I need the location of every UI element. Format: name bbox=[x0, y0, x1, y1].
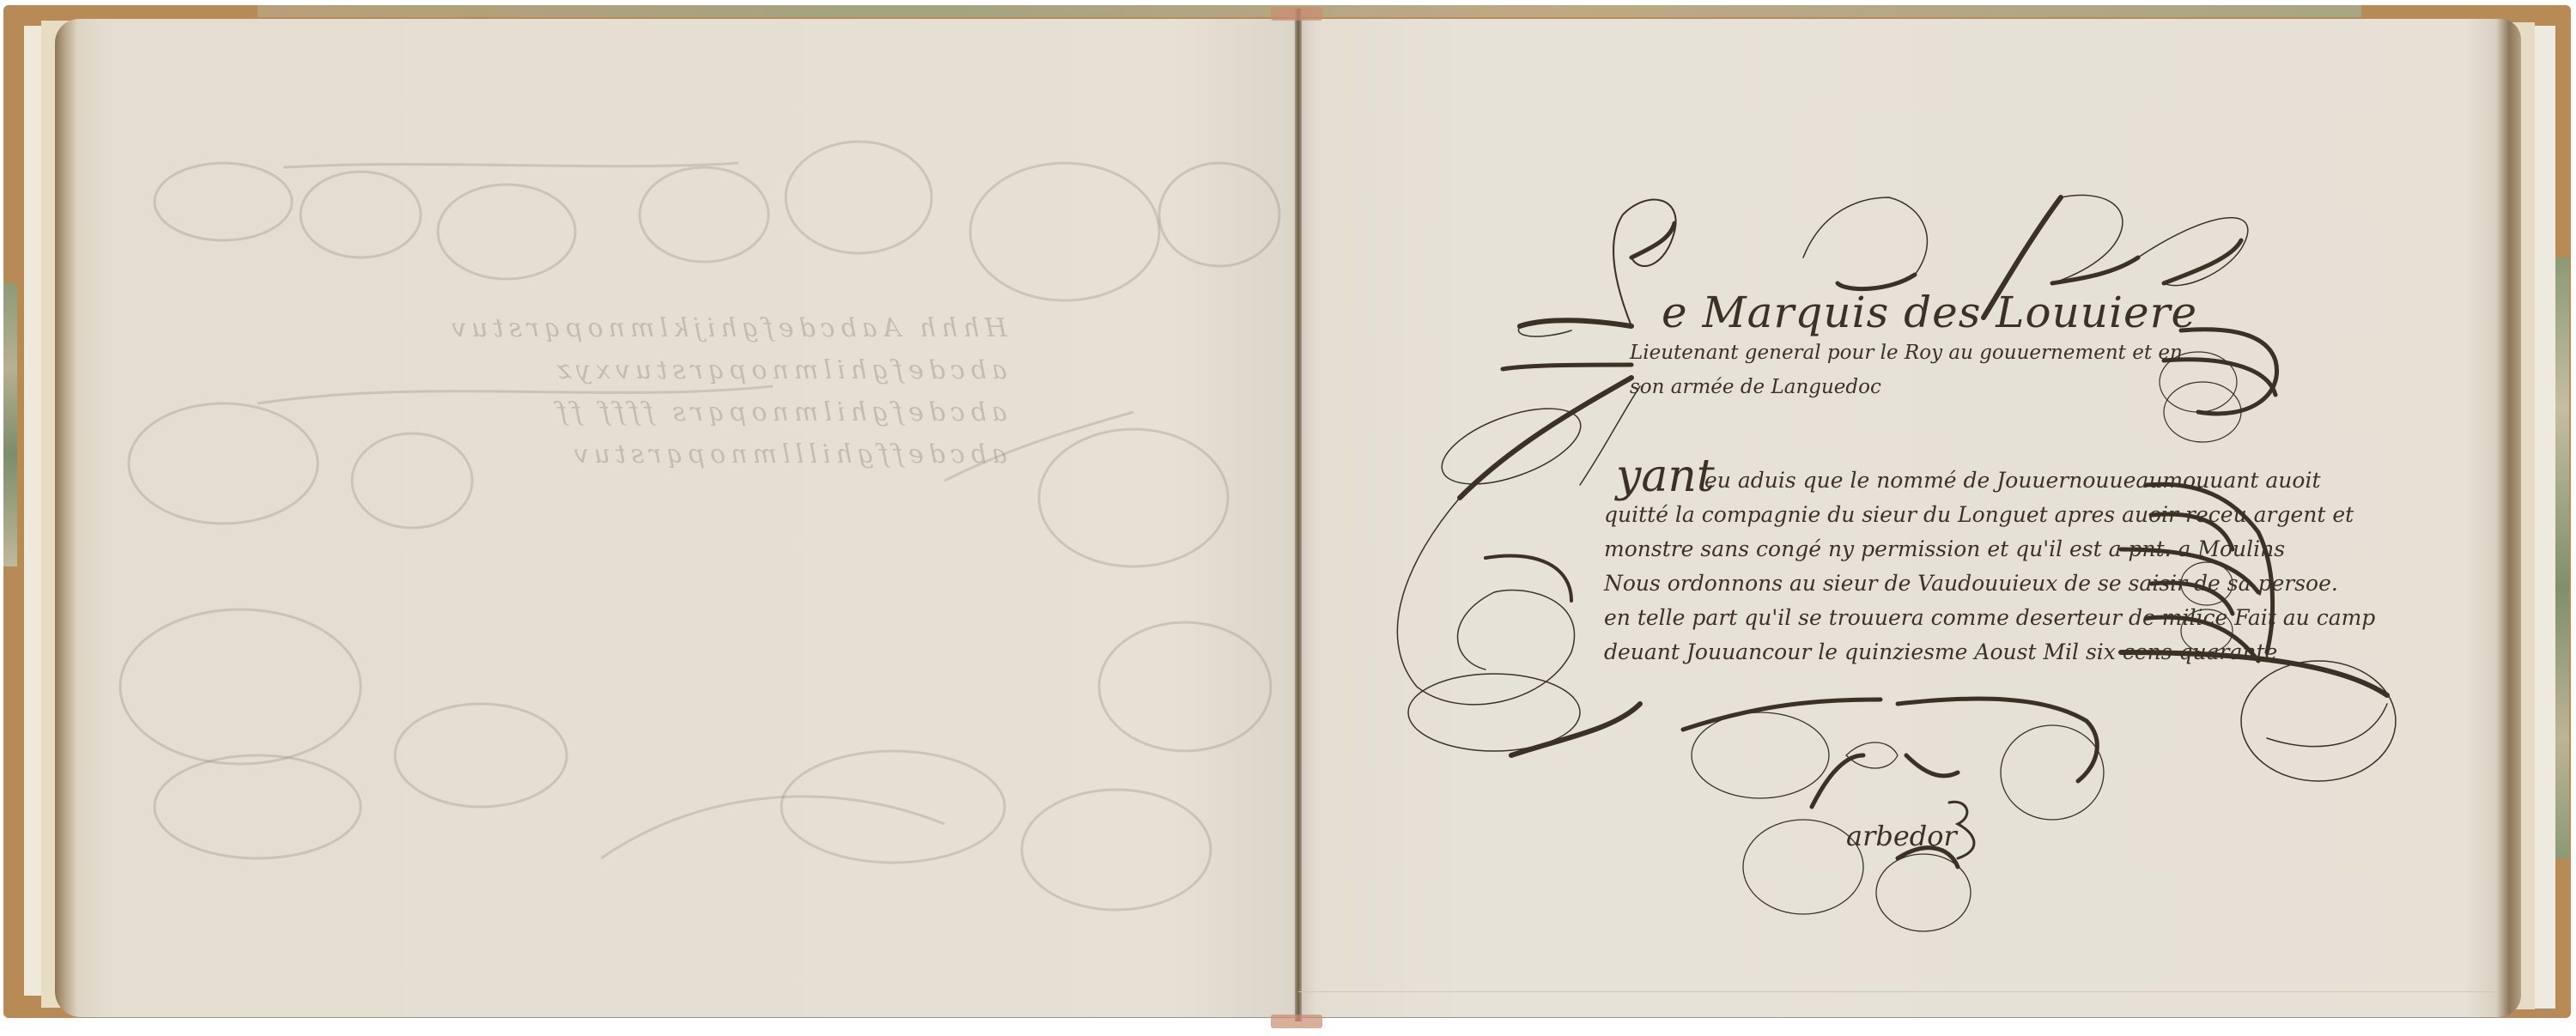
heading-subtitle-line-2: son armée de Languedoc bbox=[1630, 376, 1881, 398]
body-line-1: eu aduis que le nommé de Jouuernouueaumo… bbox=[1704, 468, 2321, 493]
body-line-4: Nous ordonnons au sieur de Vaudouuieux d… bbox=[1604, 571, 2338, 596]
body-first-word: yant bbox=[1616, 451, 1715, 502]
signature: arbedor bbox=[1846, 820, 1957, 852]
body-line-2: quitté la compagnie du sieur du Longuet … bbox=[1604, 502, 2354, 527]
body-line-3: monstre sans congé ny permission et qu'i… bbox=[1604, 536, 2285, 561]
body-line-6: deuant Jouuancour le quinziesme Aoust Mi… bbox=[1604, 639, 2277, 664]
heading-subtitle-line-1: Lieutenant general pour le Roy au gouuer… bbox=[1630, 342, 2183, 364]
heading-title: e Marquis des Louuiere bbox=[1662, 288, 2197, 337]
body-line-5: en telle part qu'il se trouuera comme de… bbox=[1604, 605, 2375, 630]
